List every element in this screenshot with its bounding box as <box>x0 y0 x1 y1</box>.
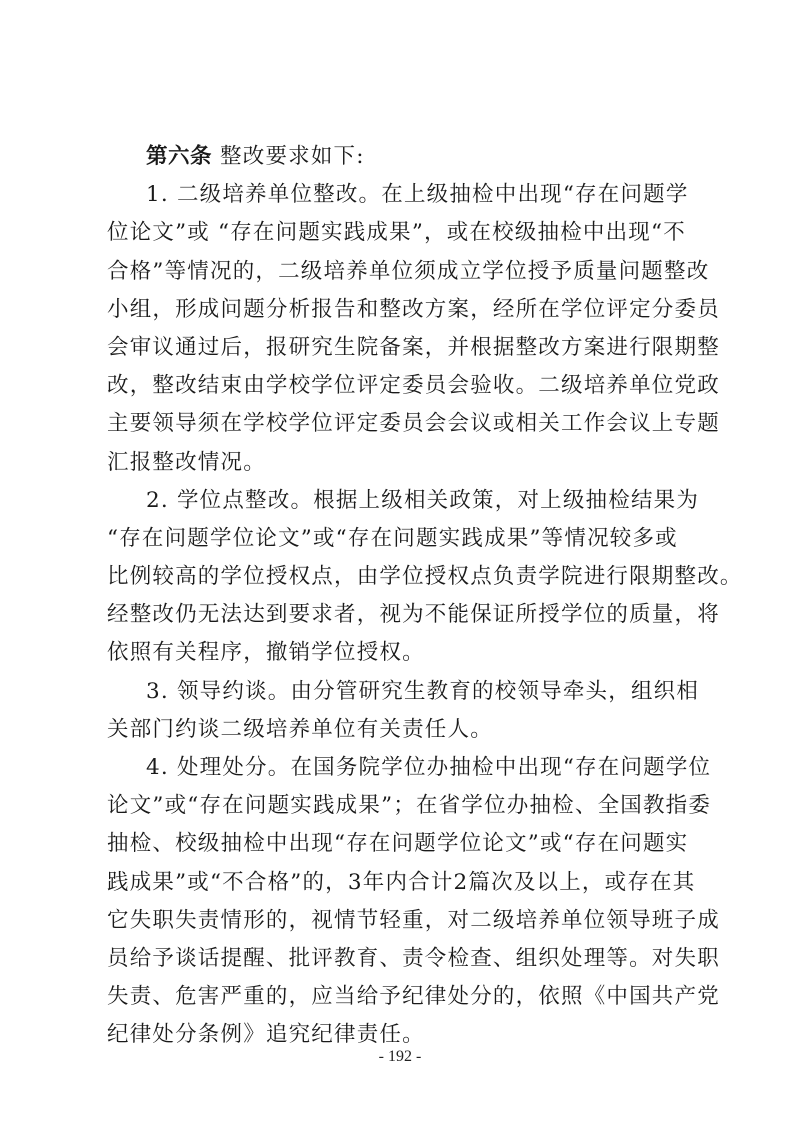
item-4-line-2: 论文”或“存在问题实践成果”；在省学位办抽检、全国教指委 <box>107 787 699 825</box>
item-4-line-6: 员给予谈话提醒、批评教育、责令检查、组织处理等。对失职 <box>107 940 699 978</box>
item-4-line-3: 抽检、校级抽检中出现“存在问题学位论文”或“存在问题实 <box>107 825 699 863</box>
item-2-line-3: 比例较高的学位授权点，由学位授权点负责学院进行限期整改。 <box>107 558 699 596</box>
item-3-line-1: 3. 领导约谈。由分管研究生教育的校领导牵头，组织相 <box>107 673 699 711</box>
item-2-line-1: 2. 学位点整改。根据上级相关政策，对上级抽检结果为 <box>107 482 699 520</box>
item-4-line-1: 4. 处理处分。在国务院学位办抽检中出现“存在问题学位 <box>107 749 699 787</box>
article-intro: 整改要求如下: <box>212 144 365 169</box>
item-1-line-8: 汇报整改情况。 <box>107 444 699 482</box>
item-1-line-6: 改，整改结束由学校学位评定委员会验收。二级培养单位党政 <box>107 367 699 405</box>
article-number: 第六条 <box>146 144 212 169</box>
item-1-line-5: 会审议通过后，报研究生院备案，并根据整改方案进行限期整 <box>107 329 699 367</box>
item-1-line-1: 1. 二级培养单位整改。在上级抽检中出现“存在问题学 <box>107 176 699 214</box>
item-4-line-5: 它失职失责情形的，视情节轻重，对二级培养单位领导班子成 <box>107 902 699 940</box>
item-1-line-2: 位论文”或 “存在问题实践成果”，或在校级抽检中出现“不 <box>107 214 699 252</box>
item-2-line-5: 依照有关程序，撤销学位授权。 <box>107 634 699 672</box>
item-3-line-2: 关部门约谈二级培养单位有关责任人。 <box>107 711 699 749</box>
item-1-line-7: 主要领导须在学校学位评定委员会会议或相关工作会议上专题 <box>107 405 699 443</box>
item-2-line-4: 经整改仍无法达到要求者，视为不能保证所授学位的质量，将 <box>107 596 699 634</box>
page-number: - 192 - <box>0 1048 800 1066</box>
item-1-line-4: 小组，形成问题分析报告和整改方案，经所在学位评定分委员 <box>107 291 699 329</box>
item-2-line-2: “存在问题学位论文”或“存在问题实践成果”等情况较多或 <box>107 520 699 558</box>
document-body: 第六条 整改要求如下: 1. 二级培养单位整改。在上级抽检中出现“存在问题学 位… <box>107 138 699 1055</box>
article-heading-line: 第六条 整改要求如下: <box>107 138 699 176</box>
item-4-line-4: 践成果”或“不合格”的，3年内合计2篇次及以上，或存在其 <box>107 864 699 902</box>
item-4-line-7: 失责、危害严重的，应当给予纪律处分的，依照《中国共产党 <box>107 978 699 1016</box>
item-1-line-3: 合格”等情况的，二级培养单位须成立学位授予质量问题整改 <box>107 253 699 291</box>
